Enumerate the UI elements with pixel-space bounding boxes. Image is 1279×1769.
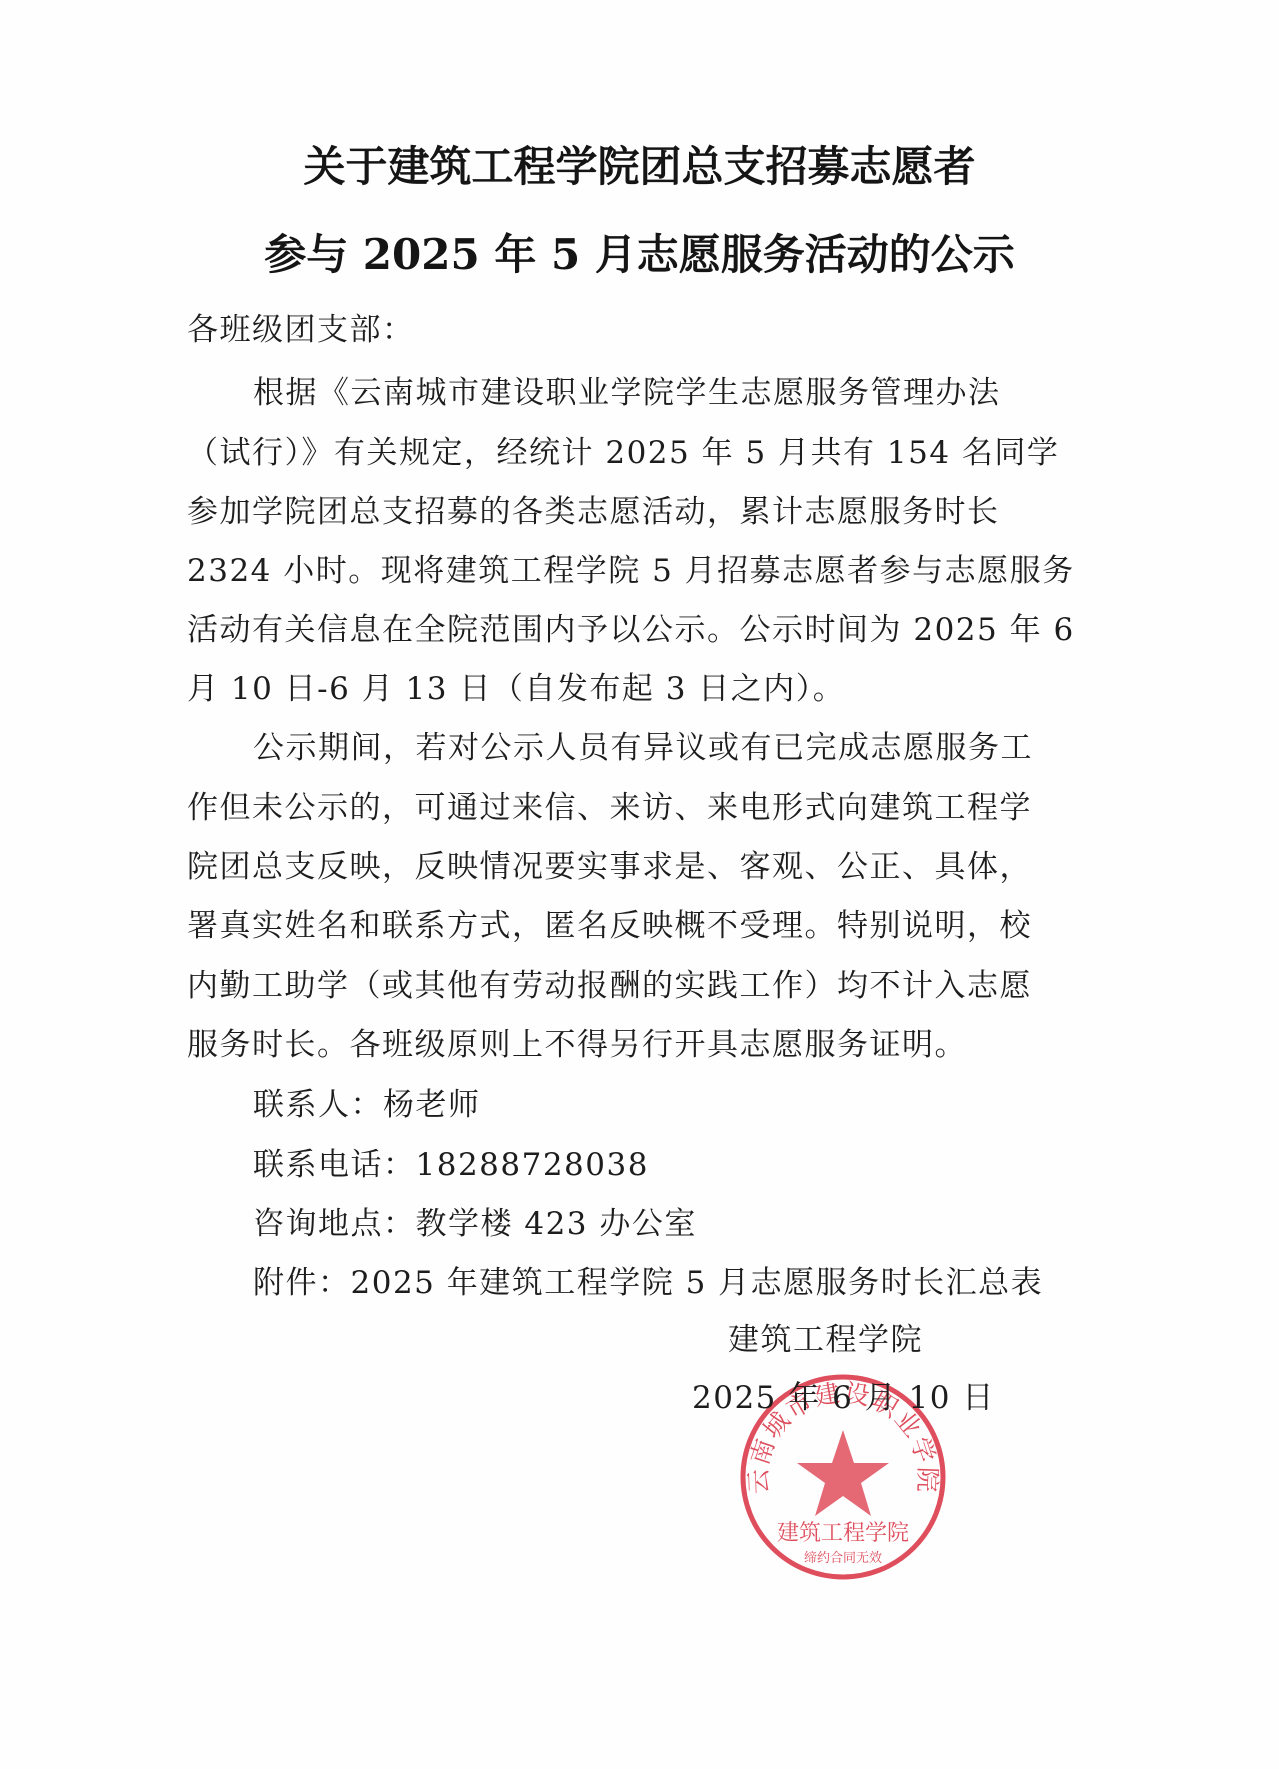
paragraph-line: 参加学院团总支招募的各类志愿活动，累计志愿服务时长 — [187, 492, 1000, 532]
paragraph-line: 服务时长。各班级原则上不得另行开具志愿服务证明。 — [187, 1025, 967, 1065]
paragraph-line: 内勤工助学（或其他有劳动报酬的实践工作）均不计入志愿 — [187, 966, 1032, 1006]
paragraph-line: 作但未公示的，可通过来信、来访、来电形式向建筑工程学 — [187, 788, 1032, 828]
paragraph-line: 根据《云南城市建设职业学院学生志愿服务管理办法 — [253, 373, 1001, 413]
signature-organization: 建筑工程学院 — [728, 1320, 923, 1360]
salutation: 各班级团支部： — [187, 310, 415, 350]
document-title-line-1: 关于建筑工程学院团总支招募志愿者 — [0, 142, 1279, 192]
document-title-line-2: 参与 2025 年 5 月志愿服务活动的公示 — [0, 230, 1279, 280]
contact-phone: 联系电话：18288728038 — [253, 1145, 649, 1185]
contact-location: 咨询地点：教学楼 423 办公室 — [253, 1204, 697, 1244]
signature-date: 2025 年 6 月 10 日 — [692, 1378, 995, 1418]
document-page: 关于建筑工程学院团总支招募志愿者 参与 2025 年 5 月志愿服务活动的公示 … — [0, 0, 1279, 1769]
paragraph-line: 月 10 日-6 月 13 日（自发布起 3 日之内）。 — [187, 669, 845, 709]
seal-inner-text: 建筑工程学院 — [777, 1521, 909, 1546]
attachment-note: 附件：2025 年建筑工程学院 5 月志愿服务时长汇总表 — [253, 1263, 1043, 1303]
seal-bottom-text: 缔约合同无效 — [804, 1551, 882, 1566]
paragraph-line: 院团总支反映，反映情况要实事求是、客观、公正、具体， — [187, 847, 1032, 887]
contact-person: 联系人：杨老师 — [253, 1085, 481, 1125]
paragraph-line: （试行）》有关规定，经统计 2025 年 5 月共有 154 名同学 — [187, 433, 1059, 473]
paragraph-line: 公示期间，若对公示人员有异议或有已完成志愿服务工 — [253, 728, 1033, 768]
paragraph-line: 2324 小时。现将建筑工程学院 5 月招募志愿者参与志愿服务 — [187, 551, 1075, 591]
paragraph-line: 活动有关信息在全院范围内予以公示。公示时间为 2025 年 6 — [187, 610, 1075, 650]
paragraph-line: 署真实姓名和联系方式，匿名反映概不受理。特别说明，校 — [187, 906, 1032, 946]
